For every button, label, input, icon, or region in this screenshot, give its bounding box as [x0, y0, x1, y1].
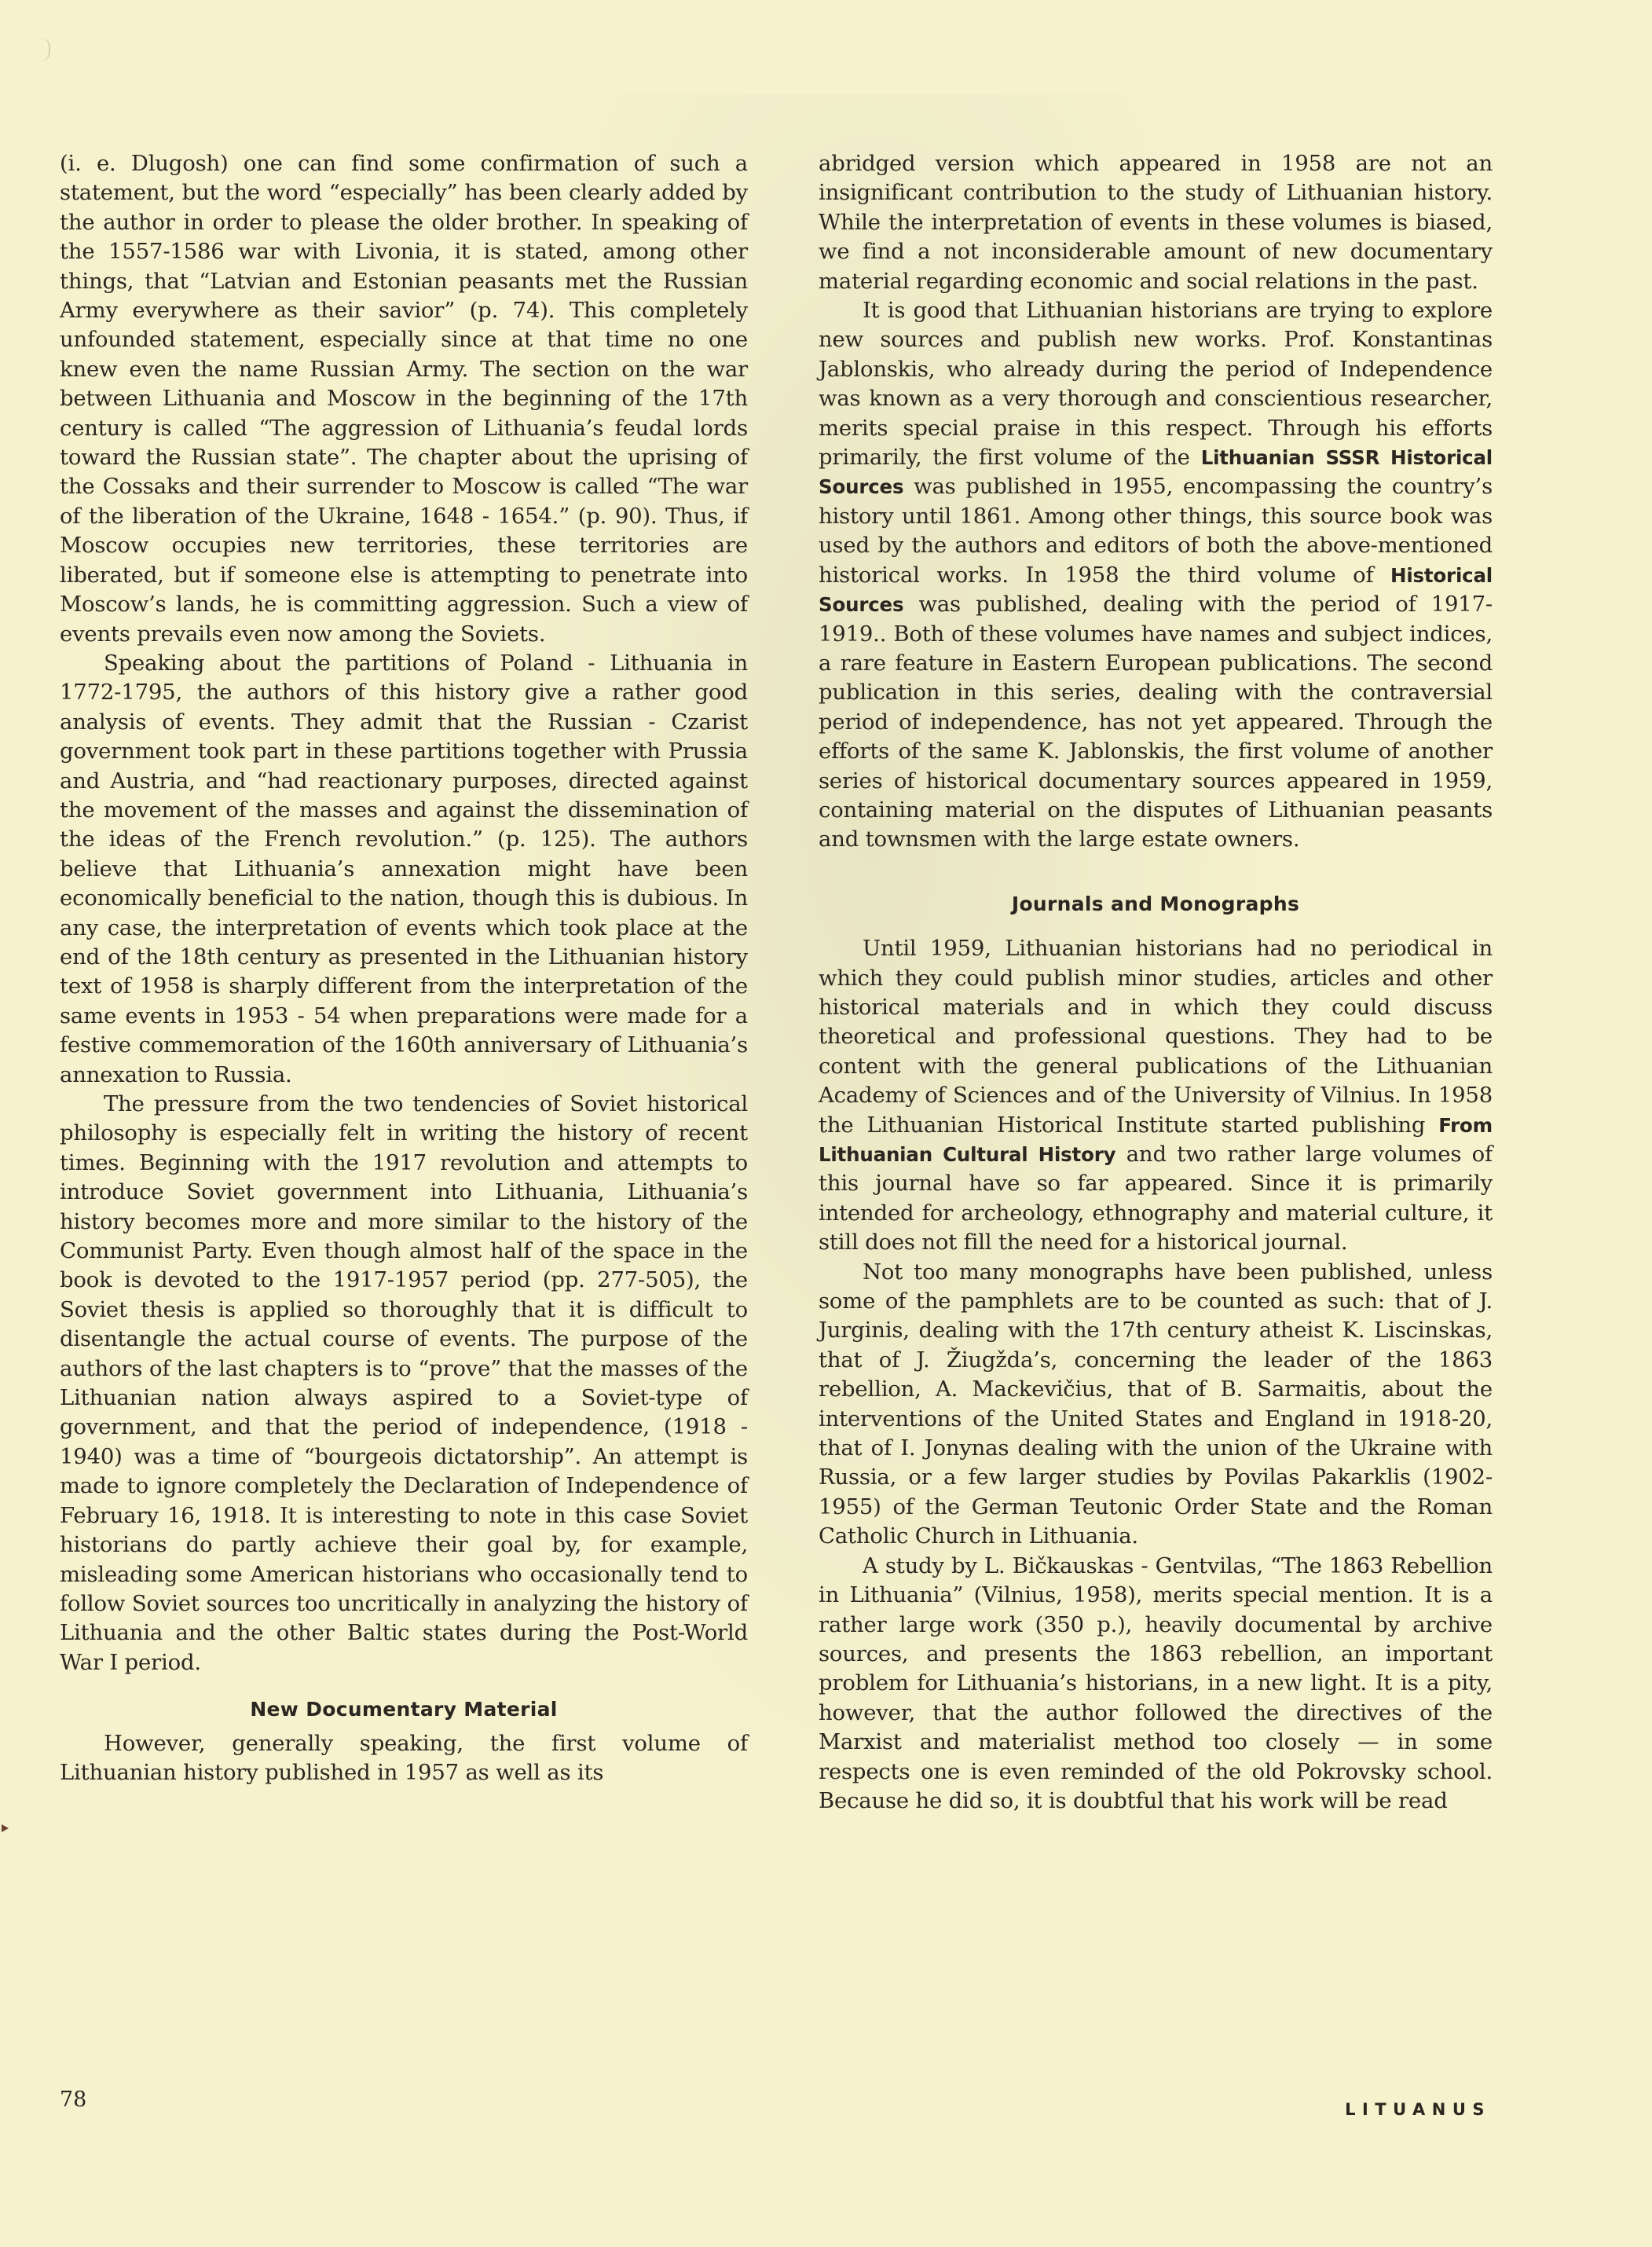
journal-name: LITUANUS — [1313, 2100, 1491, 2119]
paragraph: It is good that Lithuanian historians ar… — [819, 296, 1493, 855]
paragraph-text: Until 1959, Lithuanian historians had no… — [819, 936, 1493, 1137]
right-column: abridged version which appeared in 1958 … — [819, 149, 1493, 1816]
paragraph: However, generally speaking, the first v… — [60, 1729, 748, 1788]
page-number: 78 — [60, 2088, 86, 2112]
paragraph: Speaking about the partitions of Poland … — [60, 649, 748, 1090]
paragraph: Not too many monographs have been publis… — [819, 1258, 1493, 1552]
section-heading: New Documentary Material — [60, 1695, 748, 1724]
paragraph-text: was published, dealing with the pe­riod … — [819, 592, 1493, 852]
paragraph: The pressure from the two tendencies of … — [60, 1090, 748, 1677]
paragraph: Until 1959, Lithuanian historians had no… — [819, 934, 1493, 1257]
section-heading: Journals and Monographs — [819, 889, 1493, 918]
left-column: (i. e. Dlugosh) one can find some confir… — [60, 149, 748, 1787]
margin-arrow-icon — [2, 1824, 9, 1832]
paragraph: A study by L. Bičkauskas - Gentvilas, “T… — [819, 1552, 1493, 1816]
paragraph: abridged version which appeared in 1958 … — [819, 149, 1493, 296]
scan-edge-mark — [41, 38, 50, 61]
paragraph-text: It is good that Lithuanian historians ar… — [819, 298, 1493, 470]
paragraph: (i. e. Dlugosh) one can find some confir… — [60, 149, 748, 649]
